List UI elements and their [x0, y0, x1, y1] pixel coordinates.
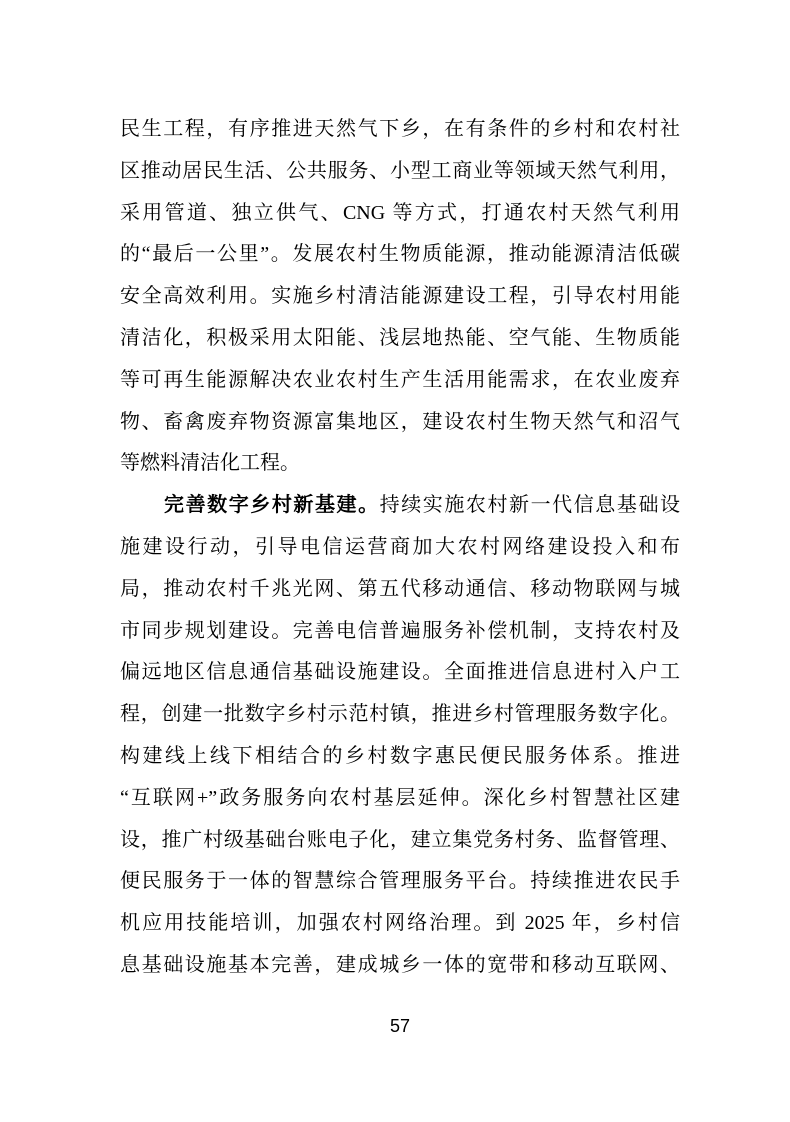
text-line: 施建设行动，引导电信运营商加大农村网络建设投入和布: [120, 527, 680, 569]
text-line: 程，创建一批数字乡村示范村镇，推进乡村管理服务数字化。: [120, 694, 680, 736]
text-line: 市同步规划建设。完善电信普遍服务补偿机制，支持农村及: [120, 611, 680, 653]
text-line: 安全高效利用。实施乡村清洁能源建设工程，引导农村用能: [120, 276, 680, 318]
text-line: 局，推动农村千兆光网、第五代移动通信、移动物联网与城: [120, 569, 680, 611]
text-line: 采用管道、独立供气、CNG 等方式，打通农村天然气利用: [120, 193, 680, 235]
paragraph-digital-village-infrastructure: 完善数字乡村新基建。持续实施农村新一代信息基础设施建设行动，引导电信运营商加大农…: [120, 485, 680, 987]
text-line: 清洁化，积极采用太阳能、浅层地热能、空气能、生物质能: [120, 318, 680, 360]
text-line: 偏远地区信息通信基础设施建设。全面推进信息进村入户工: [120, 652, 680, 694]
paragraph-rural-clean-energy: 民生工程，有序推进天然气下乡，在有条件的乡村和农村社区推动居民生活、公共服务、小…: [120, 109, 680, 485]
text-line: 区推动居民生活、公共服务、小型工商业等领域天然气利用，: [120, 151, 680, 193]
text-line: 便民服务于一体的智慧综合管理服务平台。持续推进农民手: [120, 861, 680, 903]
text-line: 设，推广村级基础台账电子化，建立集党务村务、监督管理、: [120, 820, 680, 862]
text-line: 的“最后一公里”。发展农村生物质能源，推动能源清洁低碳: [120, 234, 680, 276]
text-line: “互联网+”政务服务向农村基层延伸。深化乡村智慧社区建: [120, 778, 680, 820]
page-number: 57: [120, 1013, 680, 1039]
text-line: 息基础设施基本完善，建成城乡一体的宽带和移动互联网、: [120, 945, 680, 987]
text-line: 机应用技能培训，加强农村网络治理。到 2025 年，乡村信: [120, 903, 680, 945]
bold-lead-text: 完善数字乡村新基建。: [164, 494, 380, 516]
document-page: 民生工程，有序推进天然气下乡，在有条件的乡村和农村社区推动居民生活、公共服务、小…: [0, 0, 790, 1122]
text-line: 民生工程，有序推进天然气下乡，在有条件的乡村和农村社: [120, 109, 680, 151]
text-line: 完善数字乡村新基建。持续实施农村新一代信息基础设: [120, 485, 680, 527]
text-line: 构建线上线下相结合的乡村数字惠民便民服务体系。推进: [120, 736, 680, 778]
text-block: 民生工程，有序推进天然气下乡，在有条件的乡村和农村社区推动居民生活、公共服务、小…: [120, 109, 680, 987]
text-line: 等燃料清洁化工程。: [120, 443, 680, 485]
text-line: 物、畜禽废弃物资源富集地区，建设农村生物天然气和沼气: [120, 402, 680, 444]
line-text: 持续实施农村新一代信息基础设: [380, 494, 680, 516]
text-line: 等可再生能源解决农业农村生产生活用能需求，在农业废弃: [120, 360, 680, 402]
